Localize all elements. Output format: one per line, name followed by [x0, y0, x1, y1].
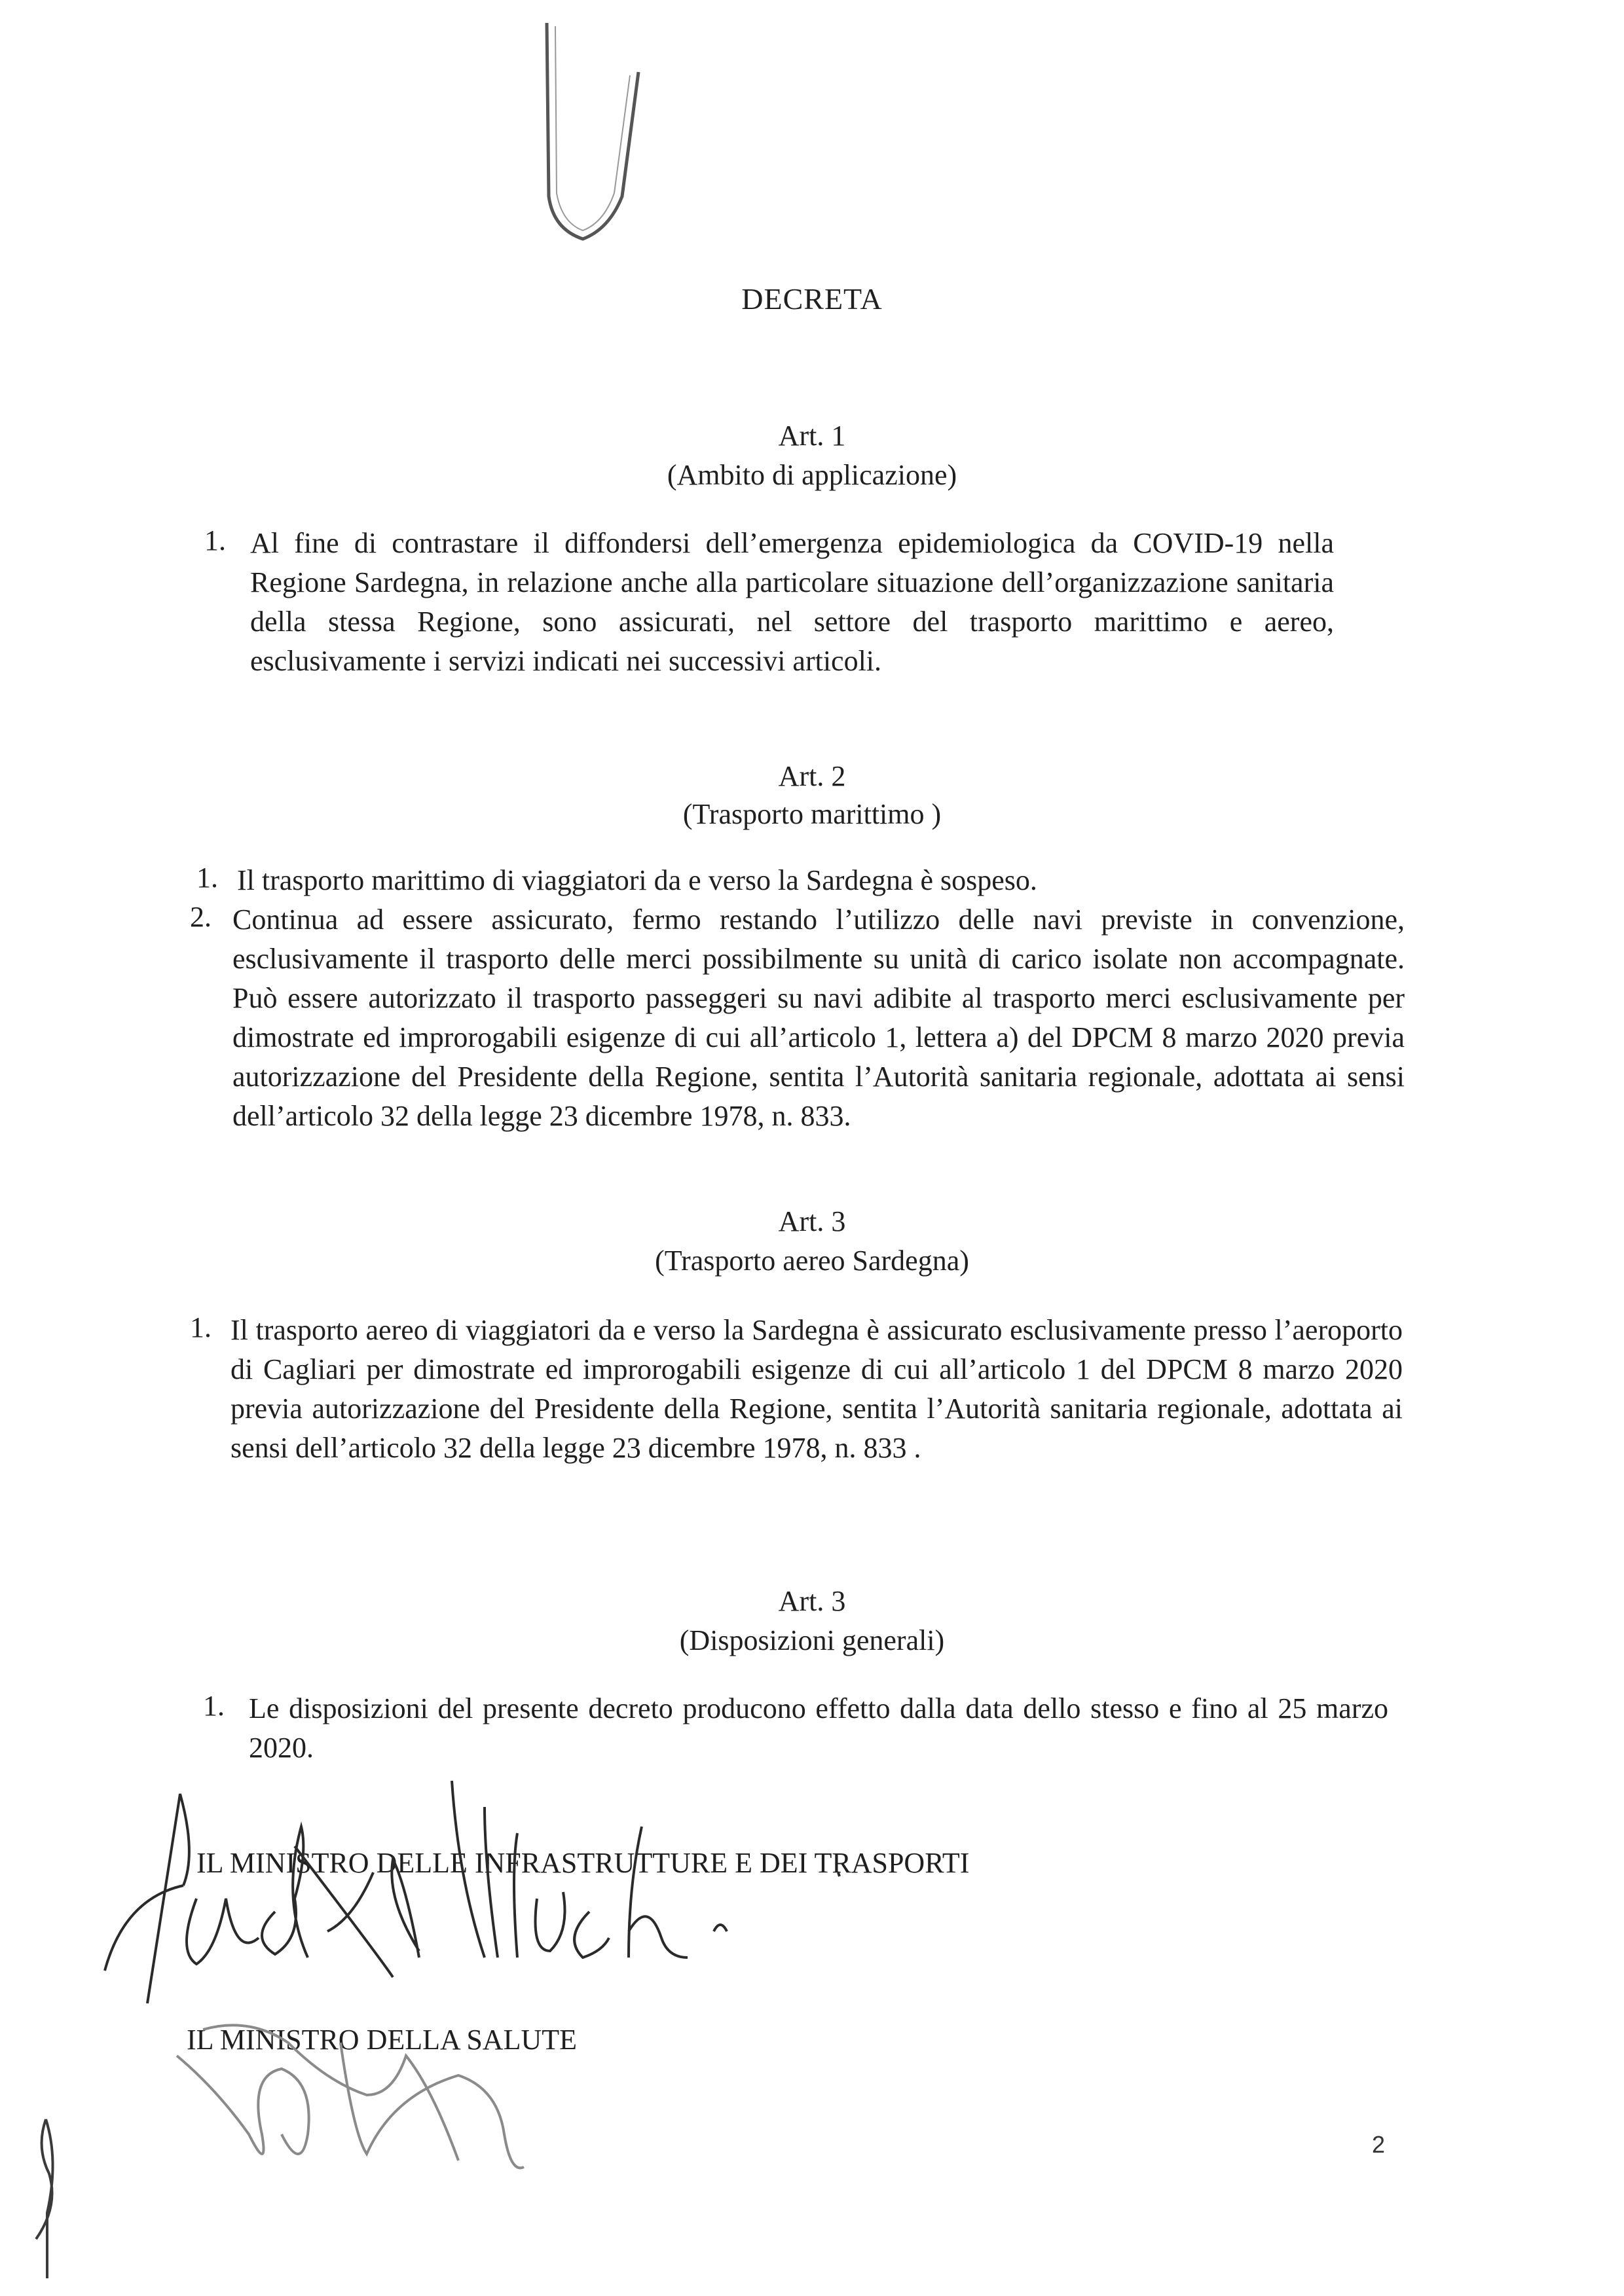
decree-heading: DECRETA [0, 282, 1624, 316]
paragraph-text: Continua ad essere assicurato, fermo res… [232, 900, 1405, 1136]
paragraph-marker: 1. [190, 1311, 212, 1344]
signatory-infrastructure-minister: IL MINISTRO DELLE INFRASTRUTTURE E DEI T… [196, 1846, 969, 1880]
article-3-number: Art. 3 [0, 1205, 1624, 1238]
article-1-subtitle: (Ambito di applicazione) [0, 458, 1624, 492]
paragraph-marker: 1. [196, 861, 218, 894]
article-4-number: Art. 3 [0, 1584, 1624, 1618]
article-3-subtitle: (Trasporto aereo Sardegna) [0, 1244, 1624, 1277]
paragraph-marker: 1. [204, 524, 226, 557]
article-4-subtitle: (Disposizioni generali) [0, 1624, 1624, 1657]
paragraph-text: Il trasporto aereo di viaggiatori da e v… [231, 1311, 1403, 1468]
paragraph-text: Al fine di contrastare il diffondersi de… [250, 524, 1334, 681]
page-number: 2 [1372, 2131, 1385, 2159]
signatory-health-minister: IL MINISTRO DELLA SALUTE [187, 2023, 577, 2056]
signature-infrastructure-minister [105, 1781, 840, 2003]
handwritten-signatures [0, 0, 1624, 2296]
margin-initial-mark [36, 2119, 53, 2278]
staple-mark [0, 0, 1624, 2296]
paragraph-marker: 1. [203, 1689, 225, 1722]
article-2-subtitle: (Trasporto marittimo ) [0, 797, 1624, 831]
article-1-number: Art. 1 [0, 419, 1624, 452]
paragraph-text: Il trasporto marittimo di viaggiatori da… [237, 861, 1403, 900]
paragraph-marker: 2. [190, 900, 212, 934]
article-2-number: Art. 2 [0, 759, 1624, 793]
paragraph-text: Le disposizioni del presente decreto pro… [249, 1689, 1388, 1768]
